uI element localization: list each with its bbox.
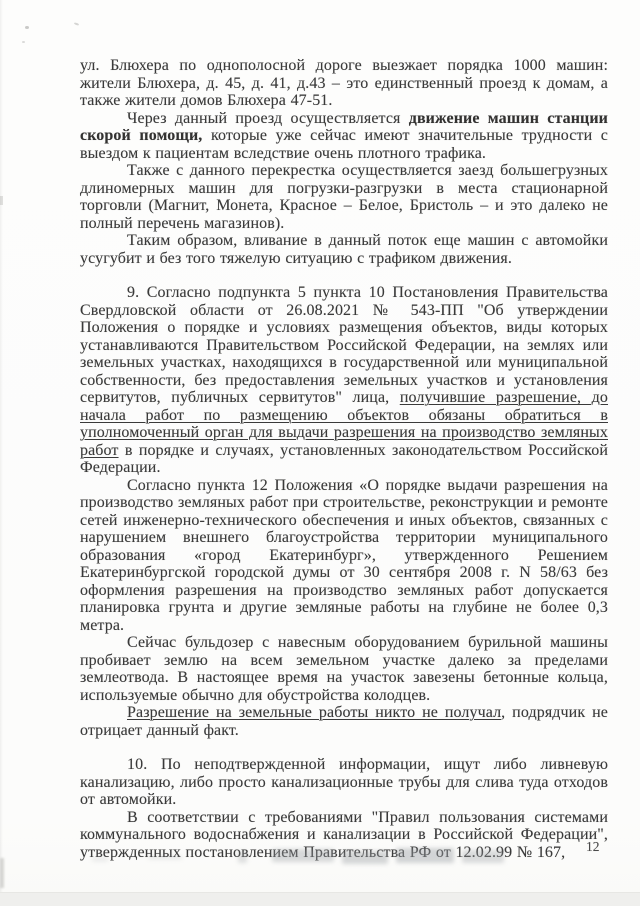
scanner-bottom-band (0, 892, 640, 906)
text-segment: Через данный проезд осуществляется (127, 110, 409, 127)
text-segment: в порядке и случаях, установленных закон… (80, 442, 608, 477)
scan-speck (74, 22, 79, 26)
text-segment: Согласно пункта 12 Положения «О порядке … (80, 477, 608, 634)
paragraph-item-9: 9. Согласно подпункта 5 пункта 10 Постан… (80, 284, 608, 477)
paragraph-conclusion-traffic: Таким образом, вливание в данный поток е… (80, 232, 608, 267)
paragraph-blyukhera-traffic: ул. Блюхера по однополосной дороге выезж… (80, 57, 608, 110)
page-number: 12 (586, 839, 600, 855)
text-segment: ул. Блюхера по однополосной дороге выезж… (80, 57, 608, 109)
scan-speck (0, 196, 3, 205)
text-segment: Также с данного перекрестка осуществляет… (80, 162, 608, 232)
scan-speck (22, 41, 25, 43)
text-segment: 10. По неподтвержденной информации, ищут… (80, 756, 608, 808)
paragraph-point-12: Согласно пункта 12 Положения «О порядке … (80, 477, 608, 635)
scan-speck (25, 26, 29, 29)
scanned-document-page: ул. Блюхера по однополосной дороге выезж… (0, 0, 640, 906)
paragraph-bulldozer: Сейчас бульдозер с навесным оборудование… (80, 634, 608, 704)
document-body: ул. Блюхера по однополосной дороге выезж… (80, 57, 608, 861)
underlined-text-segment: Разрешение на земельные работы никто не … (127, 704, 501, 721)
paragraph-no-permit: Разрешение на земельные работы никто не … (80, 704, 608, 739)
text-segment: 9. Согласно подпункта 5 пункта 10 Постан… (80, 284, 608, 406)
scan-edge-mark (0, 858, 4, 888)
text-segment: Таким образом, вливание в данный поток е… (80, 232, 608, 267)
paragraph-ambulance: Через данный проезд осуществляется движе… (80, 110, 608, 163)
text-segment: В соответствии с требованиями "Правил по… (80, 809, 608, 861)
text-segment: Сейчас бульдозер с навесным оборудование… (80, 634, 608, 704)
paragraph-water-rules: В соответствии с требованиями "Правил по… (80, 809, 608, 862)
paragraph-item-10: 10. По неподтвержденной информации, ищут… (80, 756, 608, 809)
paragraph-trucks-stores: Также с данного перекрестка осуществляет… (80, 162, 608, 232)
